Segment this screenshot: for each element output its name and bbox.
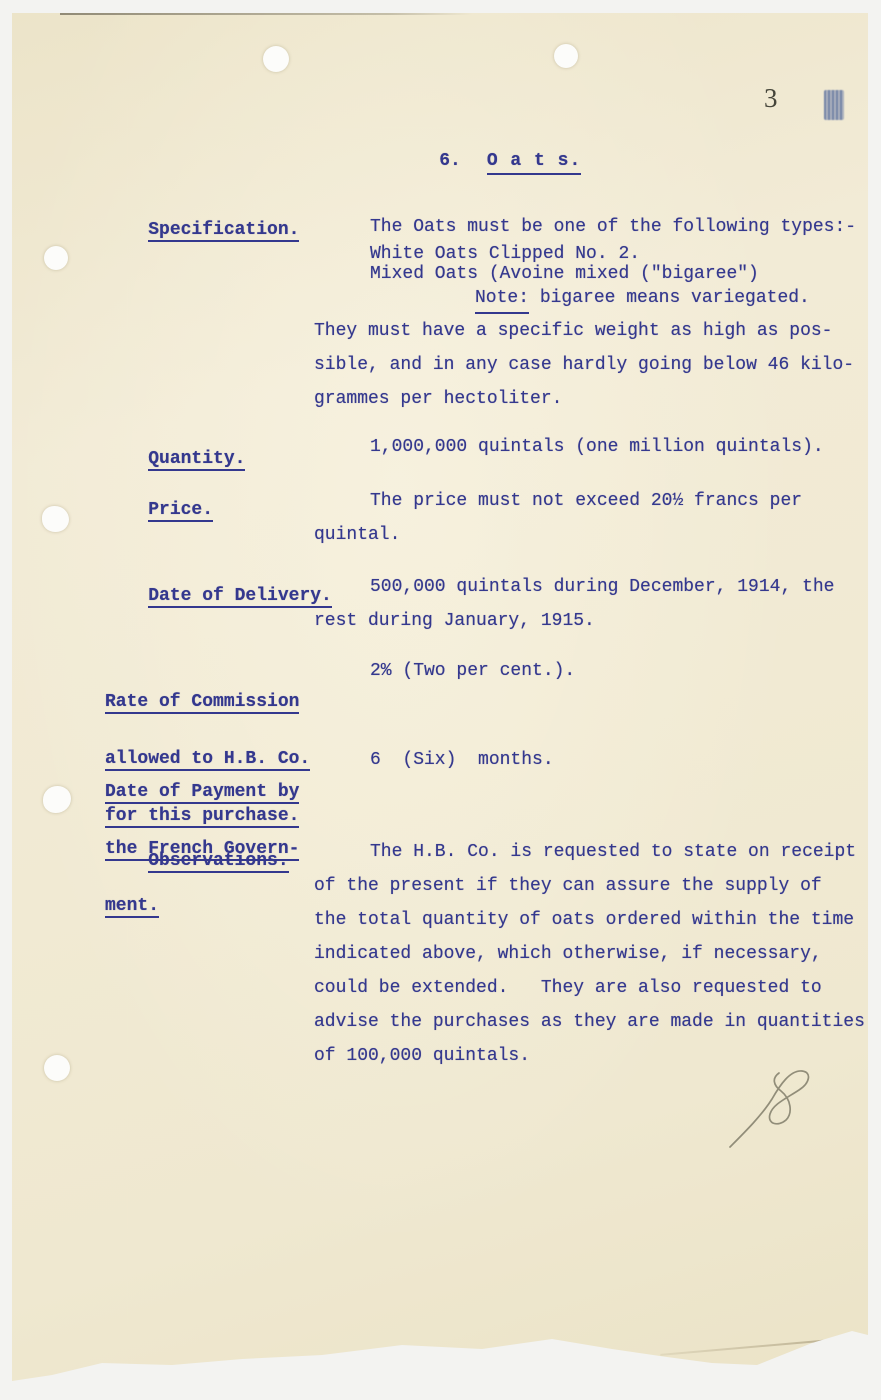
paper-sheet: 3 6.O a t s. Specification. The Oats mus… <box>12 13 868 1390</box>
heading-price: Price. <box>105 483 213 540</box>
body-line: 6 (Six) months. <box>314 750 880 770</box>
body-line: Mixed Oats (Avoine mixed ("bigaree") <box>314 264 880 284</box>
body-line: White Oats Clipped No. 2. <box>314 244 880 264</box>
body-line: quintal. <box>314 518 880 552</box>
body-line: sible, and in any case hardly going belo… <box>314 348 880 382</box>
body-line: rest during January, 1915. <box>314 604 880 638</box>
section-quantity-body: 1,000,000 quintals (one million quintals… <box>314 437 880 457</box>
section-commission-body: 2% (Two per cent.). <box>314 661 880 681</box>
body-line: The price must not exceed 20½ francs per <box>314 484 880 518</box>
paper-crease-line <box>660 1336 864 1356</box>
heading-specification: Specification. <box>105 203 299 260</box>
body-line: 500,000 quintals during December, 1914, … <box>314 570 880 604</box>
section-price-body: The price must not exceed 20½ francs per… <box>314 484 880 552</box>
body-line: 1,000,000 quintals (one million quintals… <box>314 437 880 457</box>
punch-hole-left-1 <box>44 246 68 270</box>
body-line: could be extended. They are also request… <box>314 971 880 1005</box>
paper-top-edge-shadow <box>60 13 472 15</box>
section-specification-body: The Oats must be one of the following ty… <box>314 210 880 416</box>
punch-hole-left-2 <box>42 506 69 532</box>
heading-quantity: Quantity. <box>105 432 245 489</box>
section-observations-body: The H.B. Co. is requested to state on re… <box>314 835 880 1073</box>
heading-observations: Observations. <box>105 834 289 891</box>
body-line: The Oats must be one of the following ty… <box>314 210 880 244</box>
page-number: 3 <box>764 83 778 114</box>
body-line: advise the purchases as they are made in… <box>314 1005 880 1039</box>
punch-hole-top-right <box>554 44 578 68</box>
body-line: They must have a specific weight as high… <box>314 314 880 348</box>
body-line-note: Note: bigaree means variegated. <box>314 284 880 314</box>
body-line: 2% (Two per cent.). <box>314 661 880 681</box>
note-text: bigaree means variegated. <box>529 288 810 308</box>
note-label: Note: <box>475 284 529 314</box>
body-line: indicated above, which otherwise, if nec… <box>314 937 880 971</box>
section-payment-body: 6 (Six) months. <box>314 750 880 770</box>
title-text: O a t s. <box>487 151 581 175</box>
heading-date-of-delivery: Date of Delivery. <box>105 569 332 626</box>
body-line: of the present if they can assure the su… <box>314 869 880 903</box>
title-number: 6. <box>439 151 461 171</box>
ink-stamp <box>824 90 844 120</box>
body-line: grammes per hectoliter. <box>314 382 880 416</box>
section-delivery-body: 500,000 quintals during December, 1914, … <box>314 570 880 638</box>
punch-hole-top-left <box>263 46 289 72</box>
body-line: the total quantity of oats ordered withi… <box>314 903 880 937</box>
pencil-mark <box>700 1059 856 1163</box>
document-title: 6.O a t s. <box>396 131 581 195</box>
punch-hole-left-4 <box>44 1055 70 1081</box>
scan-background: { "doc": { "page_number": "3", "title": … <box>0 0 881 1400</box>
body-line: The H.B. Co. is requested to state on re… <box>314 835 880 869</box>
